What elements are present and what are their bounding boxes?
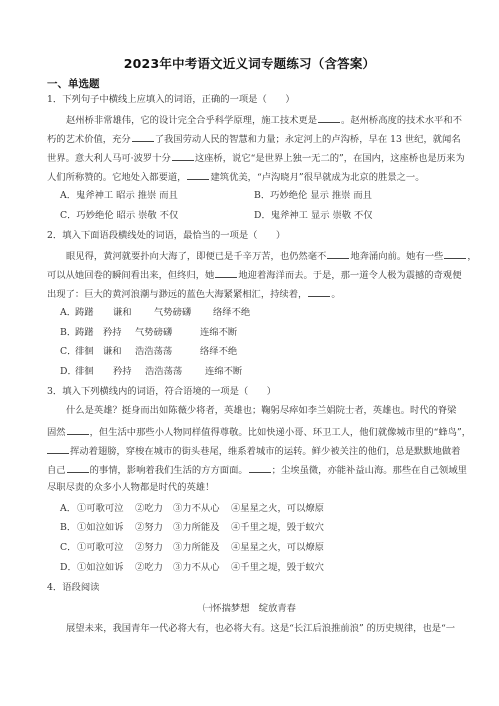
question-1-stem: 1．下列句子中横线上应填入的词语，正确的一项是（ ） xyxy=(47,94,295,106)
q2-passage-line-2: 可以从她回卷的瞬间看出来，但终归，她地迎着海洋而去。于是，那一道令人极为震撼的奇… xyxy=(47,268,462,282)
blank xyxy=(187,170,209,180)
q2-passage-line-1: 眼见得，黄河就要扑向大海了，即便已是千辛万苦，也仍然毫不地奔涌向前。她有一些， xyxy=(66,249,477,263)
q3-passage-line-2: 固然，但生活中那些小人物同样值得尊敬。比如快递小哥、环卫工人，他们就像城市里的“… xyxy=(47,425,471,439)
q1-option-b[interactable]: B．巧妙绝伦 显示 推崇 而且 xyxy=(254,190,372,202)
blank xyxy=(132,132,154,142)
q1-passage-line-2: 朽的艺术价值，充分了我国劳动人民的智慧和力量；永定河上的卢沟桥，早在 13 世纪… xyxy=(47,132,461,146)
blank xyxy=(47,444,69,454)
q3-passage-line-3: 挥动着翅膀，穿梭在城市的街头巷尾，维系着城市的运转。鲜少被关注的他们，总是默默地… xyxy=(47,444,460,458)
q3-passage-line-4: 自己的事情，影响着我们生活的方方面面。；尘埃虽微，亦能补益山海。那些在自己领域里 xyxy=(47,463,467,477)
blank xyxy=(318,113,340,123)
blank xyxy=(172,151,194,161)
q3-passage-line-1: 什么是英雄？挺身而出如陈薇少将者，英雄也；鞠躬尽瘁如李兰娟院士者，英雄也。时代的… xyxy=(66,405,456,417)
q4-passage-subtitle: ㈠怀揣梦想 绽放青春 xyxy=(0,603,499,615)
blank xyxy=(67,425,89,435)
blank xyxy=(215,268,237,278)
q1-option-c[interactable]: C．巧妙绝伦 昭示 崇敬 不仅 xyxy=(60,210,178,222)
blank xyxy=(67,463,89,473)
section-heading: 一、单选题 xyxy=(47,76,100,91)
document-page: 2023年中考语文近义词专题练习（含答案） 一、单选题 1．下列句子中横线上应填… xyxy=(0,0,499,706)
q4-passage-line-1: 展望未来，我国青年一代必将大有，也必将大有。这是“长江后浪推前浪” 的历史规律，… xyxy=(66,623,455,635)
blank xyxy=(308,287,330,297)
q2-passage-line-3: 出现了：巨大的黄河浪潮与渺远的蓝色大海紧紧相汇，持续着，。 xyxy=(47,287,341,301)
q1-option-a[interactable]: A．鬼斧神工 昭示 推崇 而且 xyxy=(60,190,178,202)
page-title: 2023年中考语文近义词专题练习（含答案） xyxy=(0,54,499,72)
q3-passage-line-5: 尽职尽责的众多小人物都是时代的英雄！ xyxy=(47,482,214,494)
blank xyxy=(444,249,466,259)
blank xyxy=(249,463,271,473)
question-3-stem: 3．填入下列横线内的词语，符合语境的一项是（ ） xyxy=(47,386,276,398)
q1-passage-line-4: 人们所称赞的。它地处入都要道，建筑优美，“卢沟晓月”很早就成为北京的胜景之一。 xyxy=(47,170,425,184)
blank xyxy=(327,249,349,259)
q1-passage-line-3: 世界。意大利人马可·波罗十分这座桥，说它“是世界上独一无二的”，在国内，这座桥也… xyxy=(47,151,465,165)
q1-passage-line-1: 赵州桥非常雄伟，它的设计完全合乎科学原理，施工技术更是。赵州桥高度的技术水平和不 xyxy=(66,113,462,127)
question-2-stem: 2．填入下面语段横线处的词语，最恰当的一项是（ ） xyxy=(47,230,285,242)
q1-option-d[interactable]: D．鬼斧神工 显示 崇敬 不仅 xyxy=(254,210,373,222)
question-4-stem: 4．语段阅读 xyxy=(47,582,99,594)
